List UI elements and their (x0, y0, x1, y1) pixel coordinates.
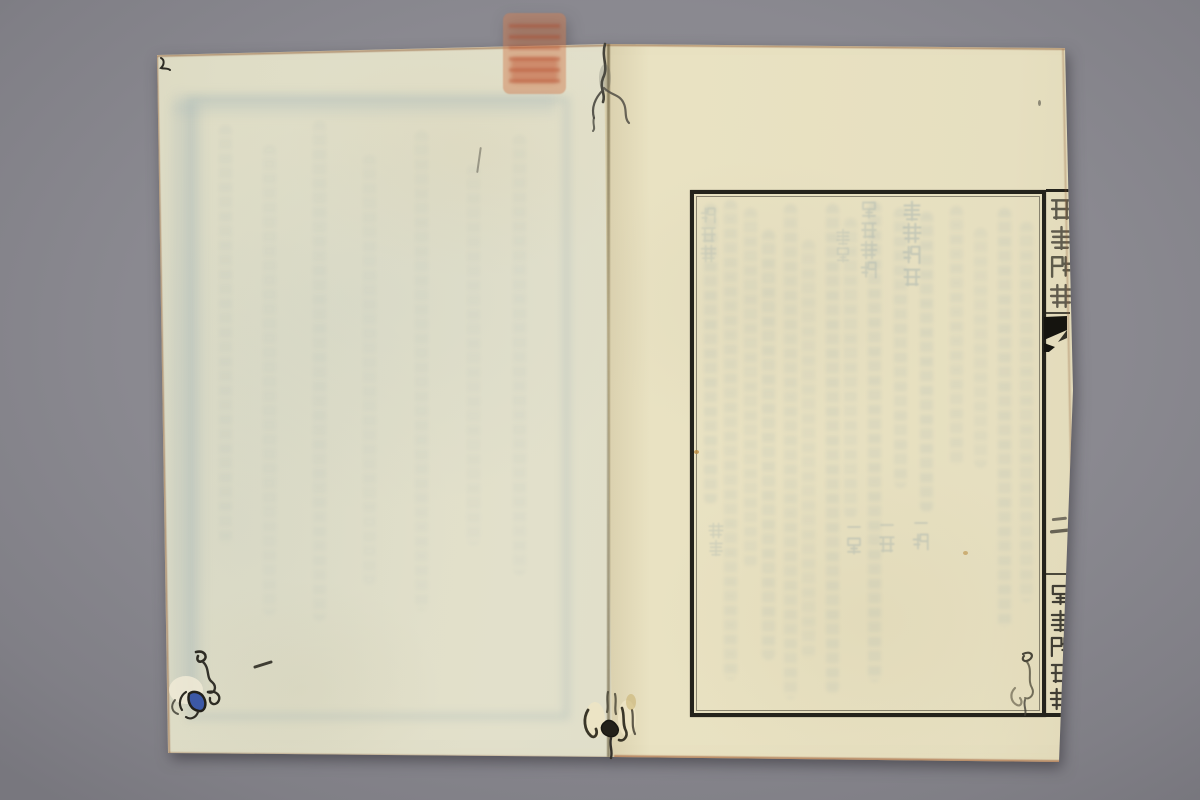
corner-ink-mark (156, 56, 178, 78)
collection-mark-column (1049, 583, 1072, 711)
hanshin-collection-text: 敬業館藏書 (0, 0, 1, 1)
page-number (1047, 511, 1072, 539)
ghost-text-area (696, 196, 1042, 713)
printed-frame-border (690, 190, 1046, 717)
hair-scratch (476, 147, 482, 173)
title-char-kyaku (1049, 196, 1074, 222)
hanshin-rule (1046, 573, 1070, 575)
hanshin-rule (1046, 312, 1070, 314)
left-page-description: no printed text; faint bluish show-throu… (0, 0, 1, 1)
right-page-description: faint mirrored show-through of vertical … (0, 0, 1, 1)
worm-blue-blob (188, 692, 205, 711)
spine-top-tear (578, 38, 642, 133)
hanshin-bottom-rule (1046, 713, 1072, 717)
collection-char (1049, 635, 1072, 659)
hanshin-title-text: 脚氣鈎要 (0, 0, 1, 1)
title-char-ko (1049, 254, 1074, 280)
collection-char (1049, 583, 1072, 607)
left-page-showthrough-band-top (175, 94, 555, 114)
fishtail-icon (1044, 316, 1070, 352)
amber-speck (963, 551, 968, 555)
spine-title-column (1049, 196, 1074, 309)
title-char-yo (1049, 283, 1074, 309)
right-page-fore-edge (1062, 49, 1078, 765)
ghost-char-column (835, 228, 851, 264)
ghost-entry (912, 514, 930, 552)
dark-speck (1038, 100, 1041, 106)
printed-frame-inner-rule (696, 196, 1040, 711)
ghost-entry (878, 516, 896, 554)
ghost-entry (708, 522, 724, 557)
right-page-top-edge (604, 44, 1066, 50)
left-page-left-edge (156, 56, 170, 755)
spine-bottom-wormhole (575, 680, 650, 770)
collection-char (1049, 609, 1072, 633)
left-page-showthrough-band (172, 102, 202, 702)
collection-char (1049, 687, 1072, 711)
amber-speck (694, 450, 699, 454)
collection-char (1049, 661, 1072, 685)
wormhole-right-page (1005, 648, 1055, 723)
ghost-char-column (902, 200, 922, 288)
left-page-frame-showthrough (187, 96, 570, 720)
ghost-entry (845, 518, 863, 556)
center-fold-crease (607, 44, 610, 757)
seal-stamp (503, 13, 566, 94)
book-spread: no printed text; faint bluish show-throu… (0, 0, 1200, 800)
hanshin-top-rule (1046, 189, 1072, 192)
wormhole-left-page (160, 640, 280, 730)
photo-backdrop: no printed text; faint bluish show-throu… (0, 0, 1200, 800)
right-page-bottom-edge (614, 755, 1060, 763)
ink-dash-mark (252, 658, 276, 672)
left-page-bottom-edge (169, 752, 615, 759)
ghost-char-column (860, 200, 878, 280)
ghost-char-column (700, 206, 717, 263)
left-page-ghost-columns (205, 115, 550, 690)
title-char-ki (1049, 225, 1074, 251)
